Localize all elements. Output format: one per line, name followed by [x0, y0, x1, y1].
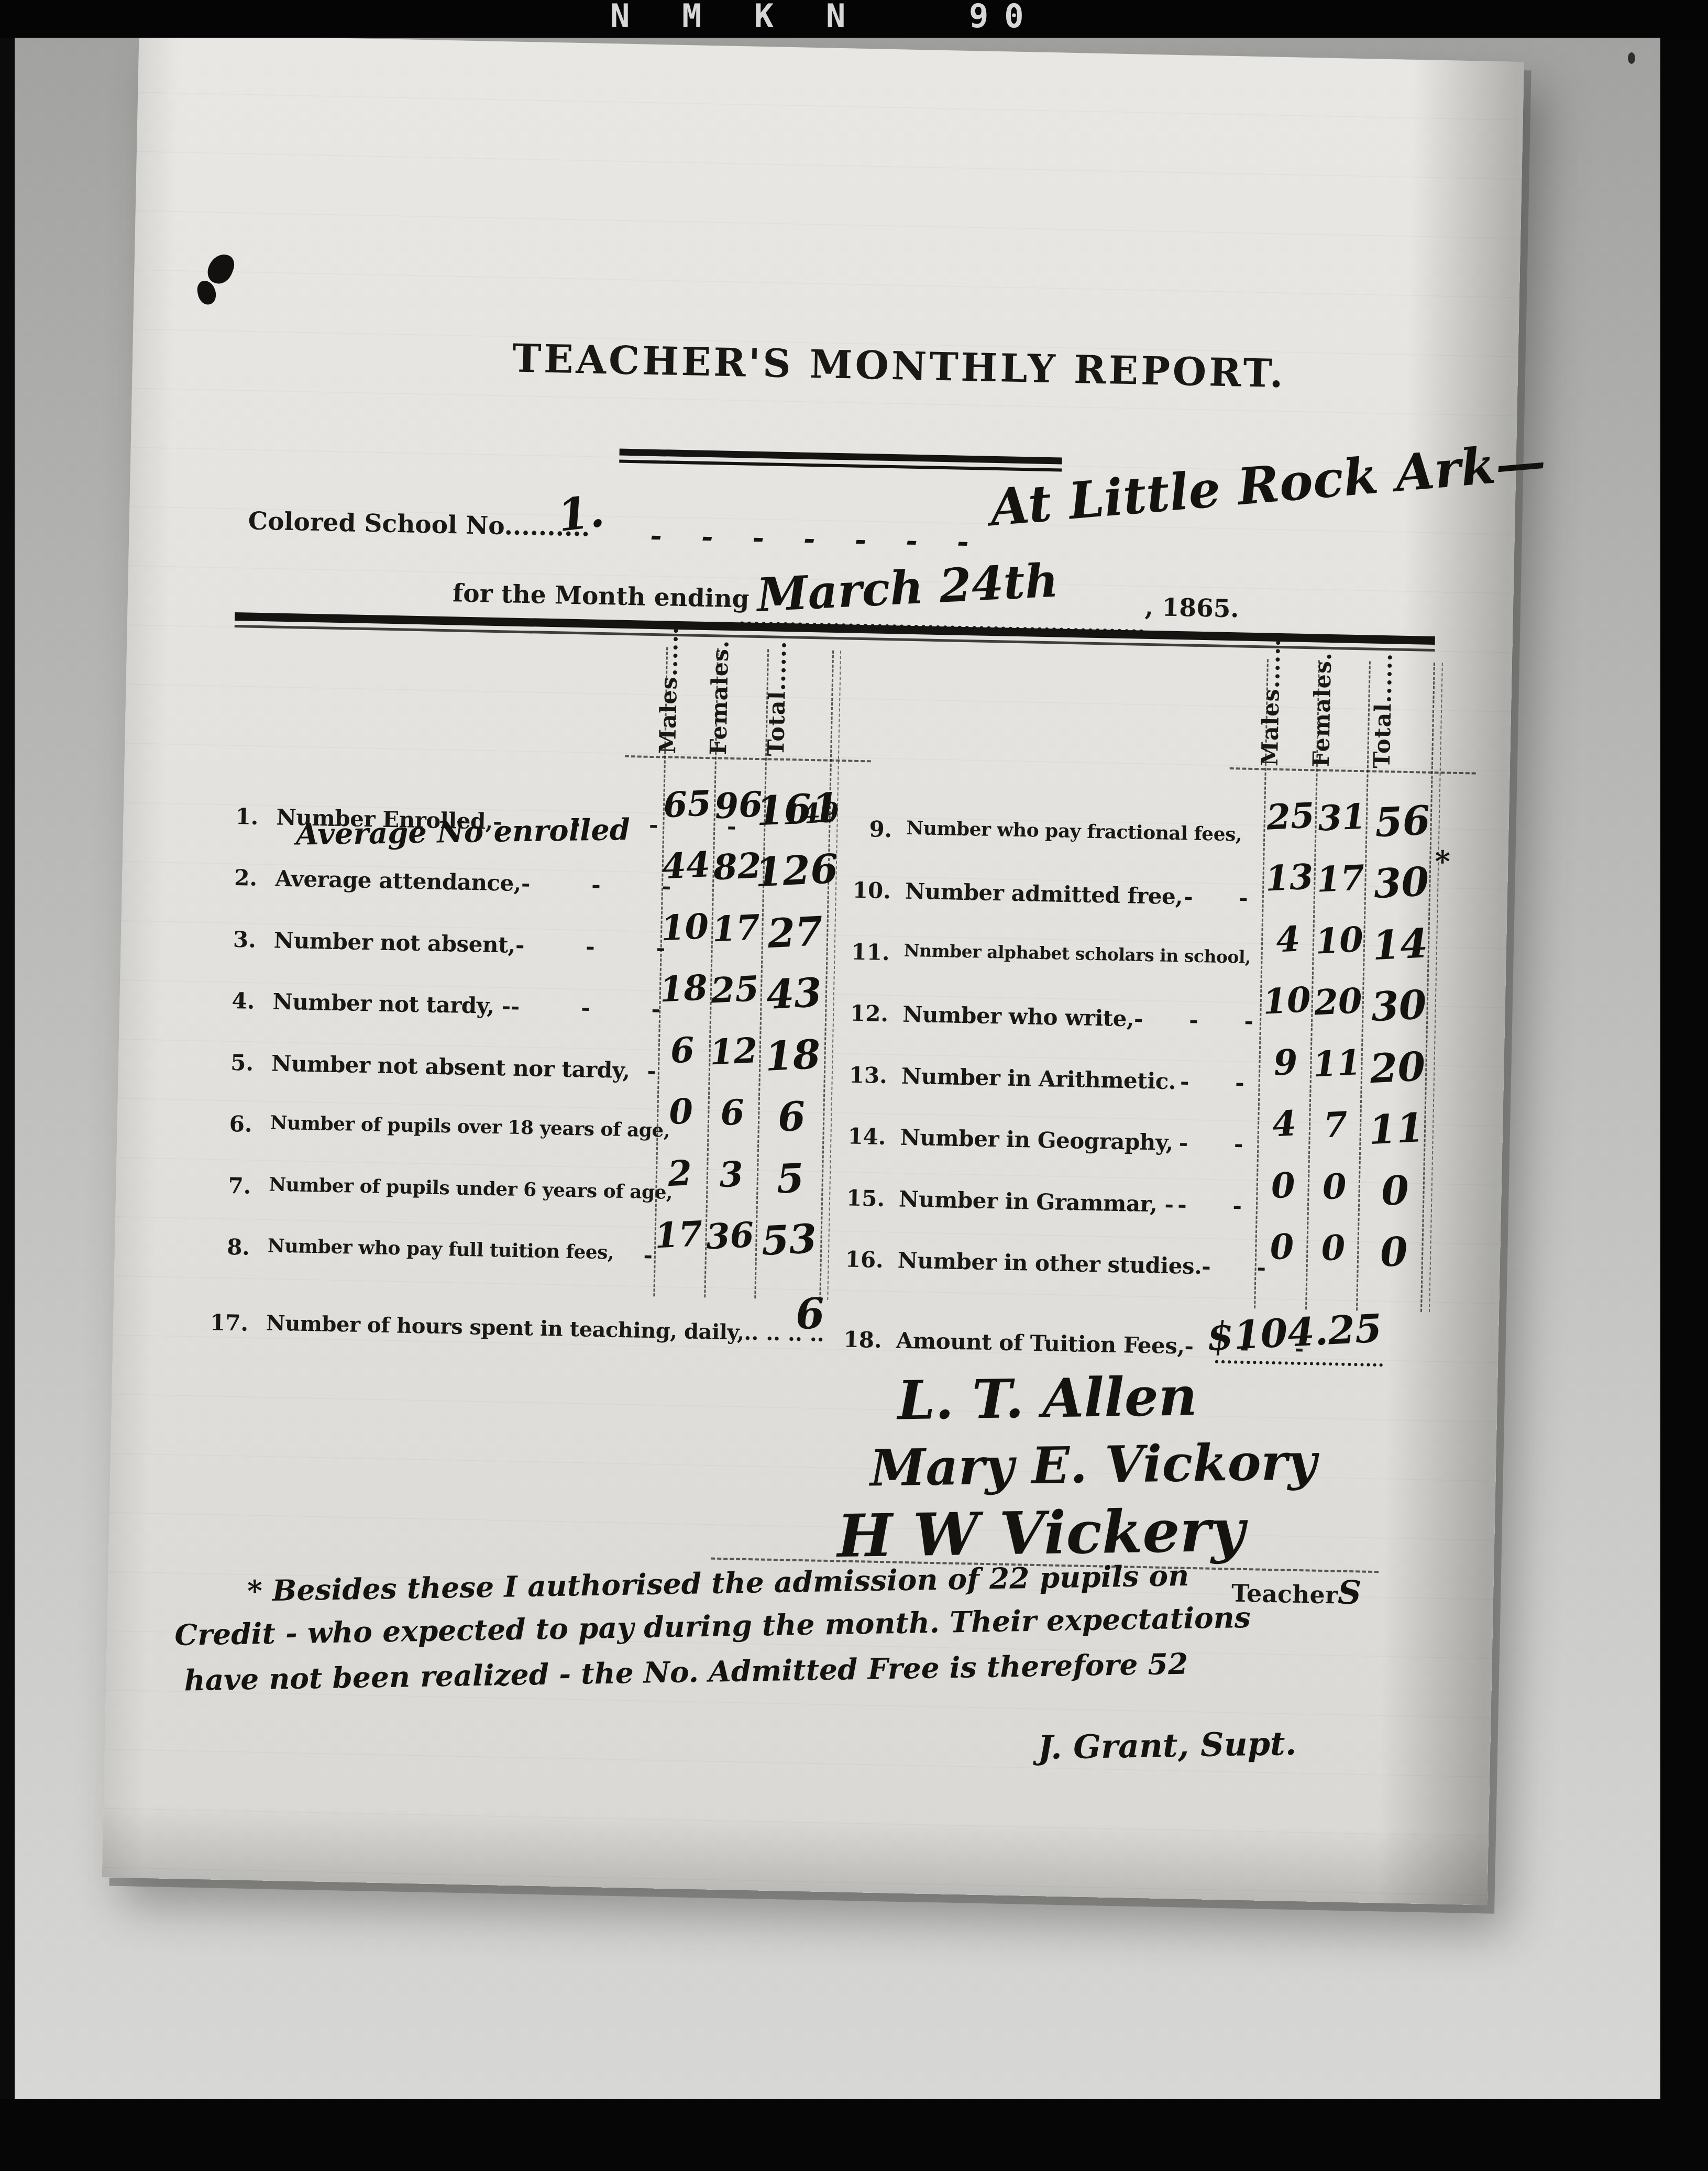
row-number: 15.: [840, 1185, 885, 1211]
school-location-handwriting: At Little Rock Ark—: [988, 432, 1548, 538]
school-no-label: Colored School No..........: [248, 506, 590, 542]
table-row: 18. Amount of Tuition Fees, - - - $104.2…: [112, 1312, 1498, 1403]
asterisk-mark: *: [1435, 844, 1451, 879]
row-label: Number in Arithmetic.: [901, 1063, 1176, 1095]
school-no-value: 1.: [555, 484, 607, 542]
row-dashes: - -: [1173, 1192, 1242, 1219]
value-total: 0: [1379, 1228, 1409, 1276]
value-total: 30: [1372, 858, 1430, 907]
handwritten-s: S: [1337, 1573, 1361, 1612]
school-line-dashes: - - - - - - -: [650, 519, 969, 558]
film-right-bar: [1660, 0, 1708, 2171]
value-total: 14: [1371, 920, 1429, 969]
teachers-label: TeacherS: [1231, 1571, 1362, 1612]
value-females: 17: [1316, 857, 1366, 900]
ink-blot: [196, 279, 218, 306]
value-females: 7: [1323, 1104, 1349, 1145]
film-header-bar: NMKN 90: [0, 0, 1708, 38]
value-tuition-fees: $104.25: [1206, 1306, 1383, 1360]
value-males: 0: [1269, 1226, 1295, 1268]
superintendent-signature: J. Grant, Supt.: [1038, 1724, 1297, 1767]
value-females: 0: [1320, 1227, 1347, 1269]
row-label: Number who write,: [902, 1001, 1134, 1032]
value-females: 10: [1314, 919, 1364, 962]
row-label: Number in Geography,: [900, 1125, 1173, 1155]
column-header-females: Females.: [706, 624, 731, 755]
column-header-total: Total......: [763, 625, 789, 756]
row-label: Number in other studies.: [897, 1248, 1202, 1280]
column-header-males: Males......: [1257, 635, 1283, 766]
row-label: Number in Grammar, -: [899, 1186, 1174, 1218]
row-dashes: - -: [1173, 1130, 1243, 1157]
value-total: 11: [1368, 1104, 1425, 1153]
value-males: 0: [1270, 1164, 1296, 1206]
column-header-males: Males......: [655, 623, 680, 754]
month-ending-label: for the Month ending: [453, 579, 750, 613]
value-males: 9: [1273, 1041, 1299, 1083]
value-females: 31: [1317, 796, 1367, 839]
teacher-signature-1: L. T. Allen: [897, 1365, 1198, 1432]
value-males: 13: [1264, 856, 1315, 899]
value-males: 4: [1271, 1103, 1297, 1144]
value-total: 0: [1380, 1166, 1410, 1215]
value-total: 56: [1374, 797, 1431, 846]
column-header-total: Total......: [1369, 637, 1395, 769]
footnote-line-2: Credit - who expected to pay during the …: [174, 1600, 1251, 1652]
row-number: 12.: [843, 1000, 889, 1027]
row-number: 9.: [847, 815, 892, 842]
row-number: 11.: [844, 939, 890, 965]
year-label: , 1865.: [1144, 593, 1239, 624]
film-speck: [1628, 52, 1635, 64]
row-number: 13.: [842, 1062, 887, 1088]
film-bottom-bar: [0, 2099, 1708, 2171]
row-number: 18.: [833, 1326, 882, 1353]
footnote-line-3: have not been realized - the No. Admitte…: [184, 1647, 1188, 1698]
header-underline: [625, 755, 871, 762]
value-males: 10: [1262, 979, 1312, 1022]
value-total: 30: [1370, 981, 1428, 1030]
page-title: TEACHER'S MONTHLY REPORT.: [512, 336, 1214, 395]
row-label: Number who pay fractional fees,: [906, 817, 1242, 846]
row-dashes: - -: [1175, 1068, 1244, 1096]
row-dashes: - -: [1202, 1253, 1266, 1280]
row-number: 14.: [841, 1123, 886, 1150]
row-number: 10.: [845, 877, 891, 903]
value-total: 20: [1369, 1043, 1426, 1092]
value-females: 20: [1313, 980, 1363, 1023]
value-females: 11: [1312, 1042, 1362, 1085]
row-label: Number admitted free,: [905, 878, 1183, 910]
teacher-signature-2: Mary E. Vickory: [869, 1432, 1317, 1498]
value-females: 0: [1321, 1165, 1348, 1207]
value-males: 4: [1275, 918, 1301, 960]
row-label: Amount of Tuition Fees,: [896, 1328, 1185, 1359]
report-page: TEACHER'S MONTHLY REPORT. Colored School…: [102, 34, 1524, 1905]
value-males: 25: [1265, 795, 1316, 837]
footnote-line-1: * Besides these I authorised the admissi…: [247, 1558, 1189, 1608]
column-header-females: Females.: [1308, 636, 1334, 767]
row-dashes: - -: [1183, 884, 1248, 910]
row-dashes: - - -: [1134, 1006, 1254, 1034]
header-underline: [1230, 767, 1476, 774]
row-number: 16.: [838, 1246, 884, 1273]
microfilm-scan: NMKN 90 TEACHER'S MONTHLY REPORT. Colore…: [0, 0, 1708, 2171]
film-frame-number: 90: [969, 0, 1040, 35]
film-frame-code: NMKN: [610, 0, 898, 35]
